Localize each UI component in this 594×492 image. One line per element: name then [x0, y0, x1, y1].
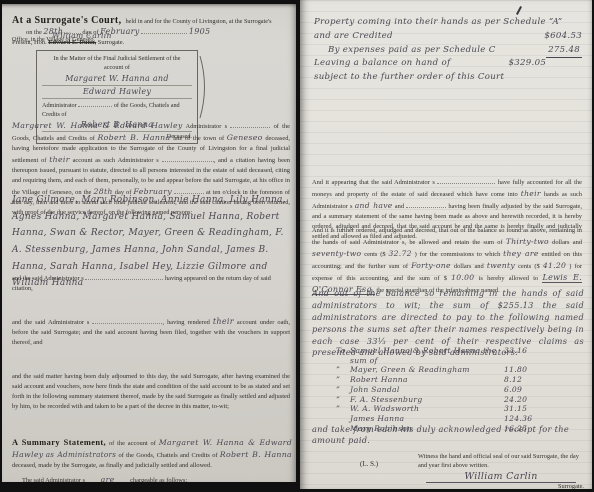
- rendered-pre: and the said Administrator s: [12, 319, 89, 326]
- recital-decedent-hand: Robert B. Hanna: [97, 133, 170, 142]
- summary-goods: of the Goods, Chattels and Credits of: [119, 452, 218, 459]
- payee-prefix: ”: [336, 385, 350, 395]
- schedule-line2: and are Credited: [314, 30, 582, 44]
- payee-name: James Hanna: [350, 414, 504, 424]
- decree2-p9: is hereby allowed to: [479, 275, 539, 282]
- recital-town-hand: Geneseo: [227, 133, 263, 142]
- recital-names-hand: Margaret W. Hanna & Edward Hawley: [12, 121, 183, 130]
- caption-party2: Edward Hawley: [42, 86, 192, 99]
- payee-row: To Samuel Hanna & Robert Hanna the sum o…: [336, 346, 556, 365]
- left-page-scan: At a Surrogate's Court, held in and for …: [2, 4, 296, 482]
- judge-signature-hand: William Carlin: [52, 30, 111, 42]
- decree2-p4: ) for the commissions to which: [415, 251, 501, 258]
- decree2-n3-hand: 10.00: [451, 273, 474, 282]
- decree1-their-hand: their: [521, 189, 541, 198]
- summary-chargeable-post: chargeable as follows:: [130, 477, 187, 482]
- payee-amount: 11.80: [504, 365, 556, 375]
- rendered-line: and the said Administrator s , having re…: [12, 316, 290, 348]
- payee-prefix: ”: [336, 404, 350, 414]
- payee-name: John Sandal: [350, 385, 504, 395]
- right-page-scan: Property coming into their hands as per …: [300, 0, 592, 489]
- summary-title: A Summary Statement,: [12, 438, 106, 447]
- witness-line1: Witness the hand and official seal of ou…: [418, 453, 559, 460]
- decree2-w1-hand: Thirty-two: [506, 237, 549, 246]
- decree2-p3: cents ($: [364, 251, 385, 258]
- surrogate-title: Surrogate.: [418, 483, 584, 489]
- rendered-mid: , having rendered: [162, 319, 209, 326]
- payee-name: Samuel Hanna & Robert Hanna the sum of: [350, 346, 504, 365]
- decree1-and-have-hand: and have: [355, 201, 393, 210]
- decree2-p7: cents ($: [518, 263, 540, 270]
- schedule-amount3: $329.05: [508, 57, 546, 71]
- caption-brace-icon: [198, 54, 210, 120]
- decree2-w2-hand: seventy-two: [312, 249, 361, 258]
- caption-line1: In the Matter of the Final Judicial Sett…: [42, 54, 192, 63]
- payee-prefix: ”: [336, 365, 350, 375]
- appeared-line: and the said Administrator s having appe…: [12, 272, 290, 294]
- payee-amount: 124.36: [504, 414, 556, 424]
- decree1-p4: and: [395, 203, 404, 210]
- caption-line2: account of: [42, 63, 192, 72]
- payee-prefix: ”: [336, 395, 350, 405]
- recital-their-hand: their: [49, 155, 70, 164]
- decree2-n1-hand: 32.72: [388, 249, 411, 258]
- present-label: Present, Hon.: [12, 39, 47, 46]
- decree2-w3-hand: they are: [503, 249, 538, 258]
- payee-row: ” Robert Hanna 8.12: [336, 375, 556, 385]
- payee-prefix: ”: [336, 375, 350, 385]
- appeared-pre: and the said Administrator s: [12, 275, 84, 282]
- decree2-paragraph: And it is further ordered, adjudged and …: [312, 226, 582, 296]
- summary-are-hand: are: [87, 475, 129, 482]
- caption-admin-label: Administrator: [42, 102, 77, 109]
- payee-list: To Samuel Hanna & Robert Hanna the sum o…: [336, 346, 556, 433]
- rendered-blank: [92, 316, 162, 324]
- schedule-line1: Property coming into their hands as per …: [314, 17, 562, 27]
- decree2-p2: dollars and: [552, 239, 582, 246]
- schedule-line5: subject to the further order of this Cou…: [314, 71, 582, 85]
- schedule-line3: By expenses paid as per Schedule C: [328, 45, 496, 55]
- caption-party1: Margaret W. Hanna and: [42, 73, 192, 86]
- payee-row: ” John Sandal 6.09: [336, 385, 556, 395]
- caption-credits-label: Credits of: [42, 110, 192, 119]
- payee-prefix: To: [336, 346, 350, 356]
- summary-chargeable-pre: The said Administrator s: [22, 477, 85, 482]
- payee-row: ” F. A. Stessenburg 24.20: [336, 395, 556, 405]
- date-on-the: on the: [26, 29, 42, 36]
- summary-as-admin-hand: as Administrators: [46, 450, 117, 459]
- payee-row: ” W. A. Wadsworth 31.15: [336, 404, 556, 414]
- recital-late-of: late of the town of: [173, 135, 224, 142]
- payee-amount: 24.20: [504, 395, 556, 405]
- seal-mark: (L. S.): [360, 460, 378, 468]
- payee-name: Mayer, Green & Readingham: [350, 365, 504, 375]
- schedule-amount2: 275.48: [546, 44, 582, 59]
- decree1-blank-1: [437, 176, 495, 184]
- adjourned-paragraph: and the said matter having been duly adj…: [12, 372, 290, 412]
- decree2-p6: dollars and: [454, 263, 484, 270]
- rendered-their-hand: their: [213, 317, 234, 326]
- date-year-hand: 1905: [189, 27, 211, 36]
- payee-amount: 31.15: [504, 404, 556, 414]
- surrogate-signature-hand: William Carlin: [426, 471, 576, 483]
- payee-amount: 6.09: [504, 385, 556, 395]
- summary-decedent-hand: Robert B. Hanna: [220, 450, 292, 459]
- decree2-w5-hand: twenty: [487, 261, 515, 270]
- decree2-w4-hand: Forty-one: [411, 261, 451, 270]
- present-line: Present, Hon. William Carlin Edward E. D…: [12, 38, 282, 48]
- payee-row: James Hanna 124.36: [336, 414, 556, 424]
- recital-blank-1: [230, 120, 270, 128]
- decree1-blank-2: [406, 200, 446, 208]
- summary-of-account: of the account of: [109, 440, 156, 447]
- schedule-line4: Leaving a balance on hand of: [314, 58, 450, 68]
- caption-admin-rest: of the Goods, Chattels and: [114, 102, 180, 109]
- caption-admin-blank: [78, 99, 112, 107]
- appeared-blank: [85, 272, 163, 280]
- decree1-p1: And it appearing that the said Administr…: [312, 179, 435, 186]
- payee-name: F. A. Stessenburg: [350, 395, 504, 405]
- schedule-block: Property coming into their hands as per …: [314, 16, 582, 85]
- pen-mark: [516, 6, 522, 15]
- summary-statement: A Summary Statement, of the account of M…: [12, 436, 292, 482]
- date-blank-2: [141, 26, 187, 34]
- payee-name: W. A. Wadsworth: [350, 404, 504, 414]
- recital-admin-s: Administrator s: [186, 123, 228, 130]
- schedule-amount1: $604.53: [544, 30, 582, 44]
- decree2-n2-hand: 41.20: [543, 261, 566, 270]
- recital-body2: account as such Administrator s: [73, 157, 159, 164]
- payee-amount: 33.16: [504, 346, 556, 356]
- payee-name: Robert Hanna: [350, 375, 504, 385]
- recital-blank-2: [162, 154, 214, 162]
- summary-post: deceased, made by the Surrogate, as fina…: [12, 462, 212, 469]
- payee-amount: 8.12: [504, 375, 556, 385]
- receipt-line: and take from each his duly acknowledged…: [312, 424, 584, 447]
- witness-block: Witness the hand and official seal of ou…: [418, 452, 584, 489]
- court-title: At a Surrogate's Court,: [12, 15, 122, 26]
- payee-row: ” Mayer, Green & Readingham 11.80: [336, 365, 556, 375]
